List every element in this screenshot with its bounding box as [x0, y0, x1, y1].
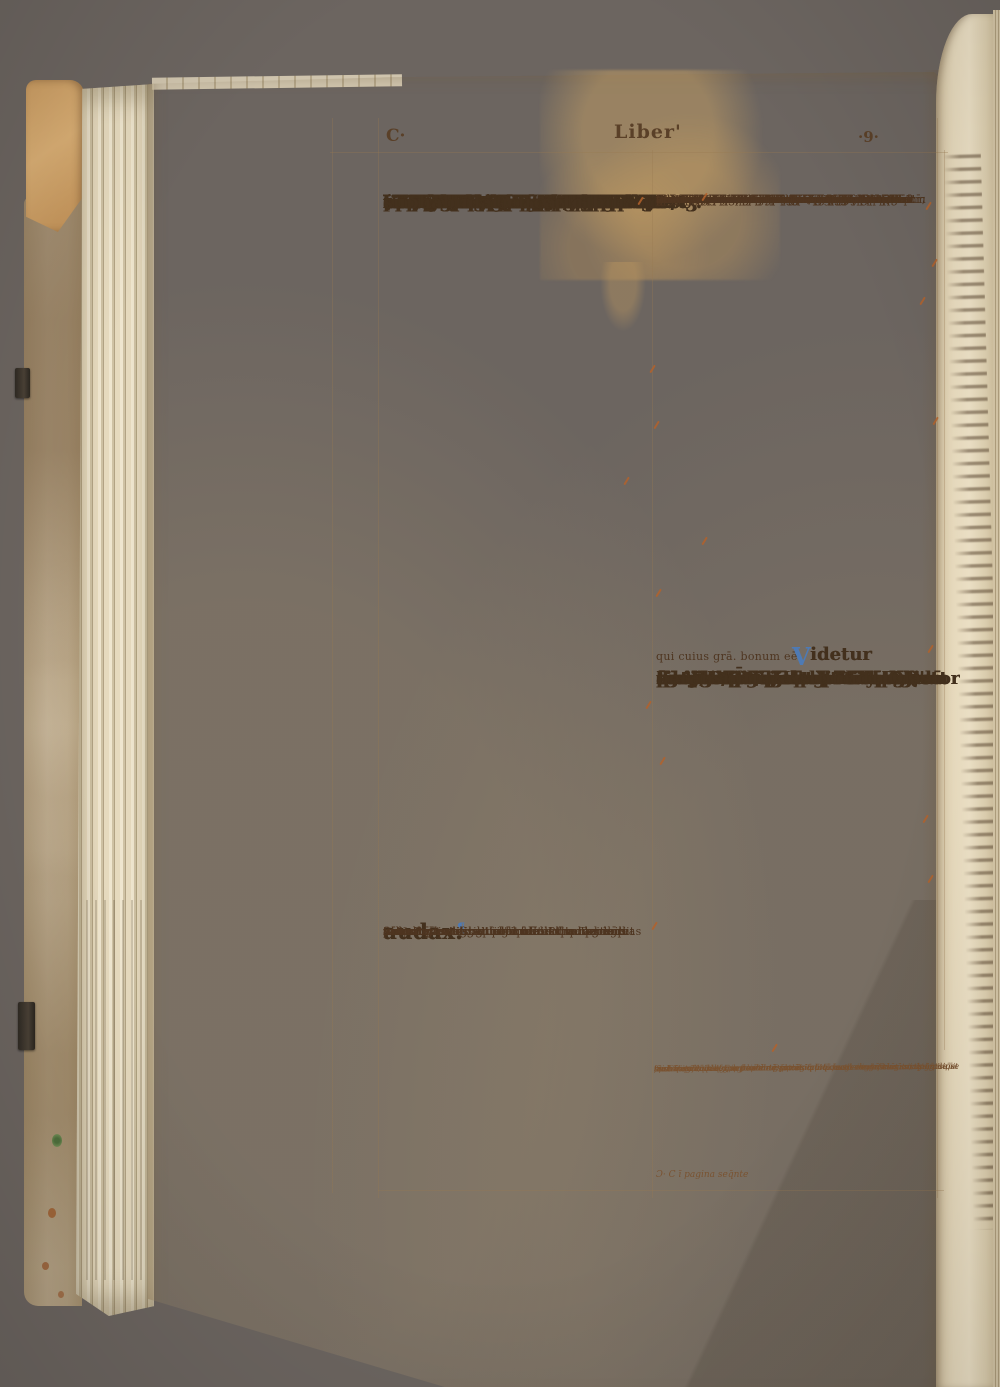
manuscript-photo: C· Liber' ·9· ⁊ min̄ hec timē: ⁊ adhuc n… — [0, 0, 1000, 1387]
photo-vignette — [0, 0, 1000, 1387]
